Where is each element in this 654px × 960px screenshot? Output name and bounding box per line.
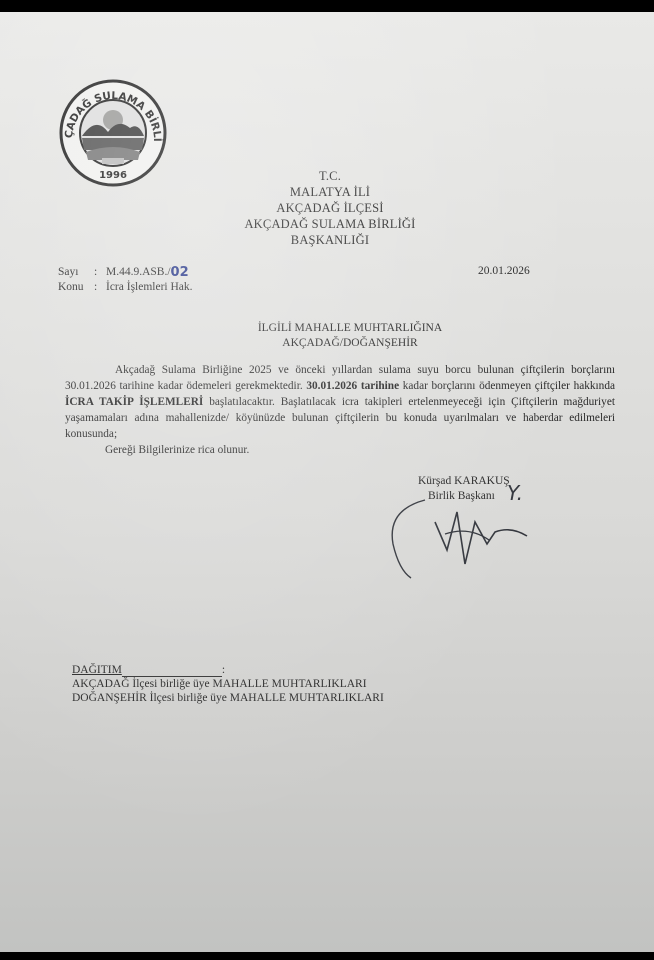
- reference-number-row: Sayı : M.44.9.ASB./ 02: [58, 265, 193, 280]
- seal-year: 1996: [99, 170, 127, 181]
- deadline-emphasis: 30.01.2026 tarihine: [306, 380, 399, 392]
- document-date: 20.01.2026: [478, 265, 530, 277]
- recipient-line: İLGİLİ MAHALLE MUHTARLIĞINA: [230, 321, 470, 336]
- letterhead-line: AKÇADAĞ SULAMA BİRLİĞİ: [200, 216, 460, 232]
- organization-seal-logo: AKÇADAĞ SULAMA BİRLİĞİ 1996: [58, 78, 168, 188]
- distribution-colon: :: [222, 663, 225, 677]
- distribution-heading: DAĞITIM: [72, 663, 122, 677]
- body-paragraph: Akçadağ Sulama Birliğine 2025 ve önceki …: [65, 362, 615, 442]
- distribution-item: AKÇADAĞ İlçesi birliğe üye MAHALLE MUHTA…: [72, 677, 384, 691]
- closing-line: Gereği Bilgilerinize rica olunur.: [65, 442, 615, 458]
- signature-mark: Y.: [507, 482, 523, 505]
- recipient-block: İLGİLİ MAHALLE MUHTARLIĞINA AKÇADAĞ/DOĞA…: [230, 321, 470, 351]
- document-page: AKÇADAĞ SULAMA BİRLİĞİ 1996 T.C. MALATYA…: [0, 12, 654, 952]
- letterhead-line: AKÇADAĞ İLÇESİ: [200, 200, 460, 216]
- reference-number-handwritten: 02: [171, 265, 189, 280]
- divider: [122, 666, 222, 677]
- letterhead-line: BAŞKANLIĞI: [200, 232, 460, 248]
- letterhead: T.C. MALATYA İLİ AKÇADAĞ İLÇESİ AKÇADAĞ …: [200, 168, 460, 248]
- recipient-line: AKÇADAĞ/DOĞANŞEHİR: [230, 336, 470, 351]
- subject-label: Konu: [58, 280, 94, 295]
- subject-row: Konu : İcra İşlemleri Hak.: [58, 280, 193, 295]
- body-text-segment: kadar borçlarını ödenmeyen çiftçiler hak…: [399, 380, 615, 392]
- letterhead-line: MALATYA İLİ: [200, 184, 460, 200]
- reference-number-value: M.44.9.ASB./: [106, 265, 171, 280]
- separator: :: [94, 265, 106, 280]
- distribution-item: DOĞANŞEHİR İlçesi birliğe üye MAHALLE MU…: [72, 691, 384, 705]
- enforcement-emphasis: İCRA TAKİP İŞLEMLERİ: [65, 396, 203, 408]
- reference-number-label: Sayı: [58, 265, 94, 280]
- letterhead-line: T.C.: [200, 168, 460, 184]
- handwritten-signature: Y.: [385, 482, 535, 582]
- distribution-heading-row: DAĞITIM :: [72, 663, 384, 677]
- letter-body: Akçadağ Sulama Birliğine 2025 ve önceki …: [65, 362, 615, 458]
- subject-value: İcra İşlemleri Hak.: [106, 280, 193, 295]
- distribution-list: DAĞITIM : AKÇADAĞ İlçesi birliğe üye MAH…: [72, 663, 384, 705]
- separator: :: [94, 280, 106, 295]
- document-meta: Sayı : M.44.9.ASB./ 02 Konu : İcra İşlem…: [58, 265, 193, 295]
